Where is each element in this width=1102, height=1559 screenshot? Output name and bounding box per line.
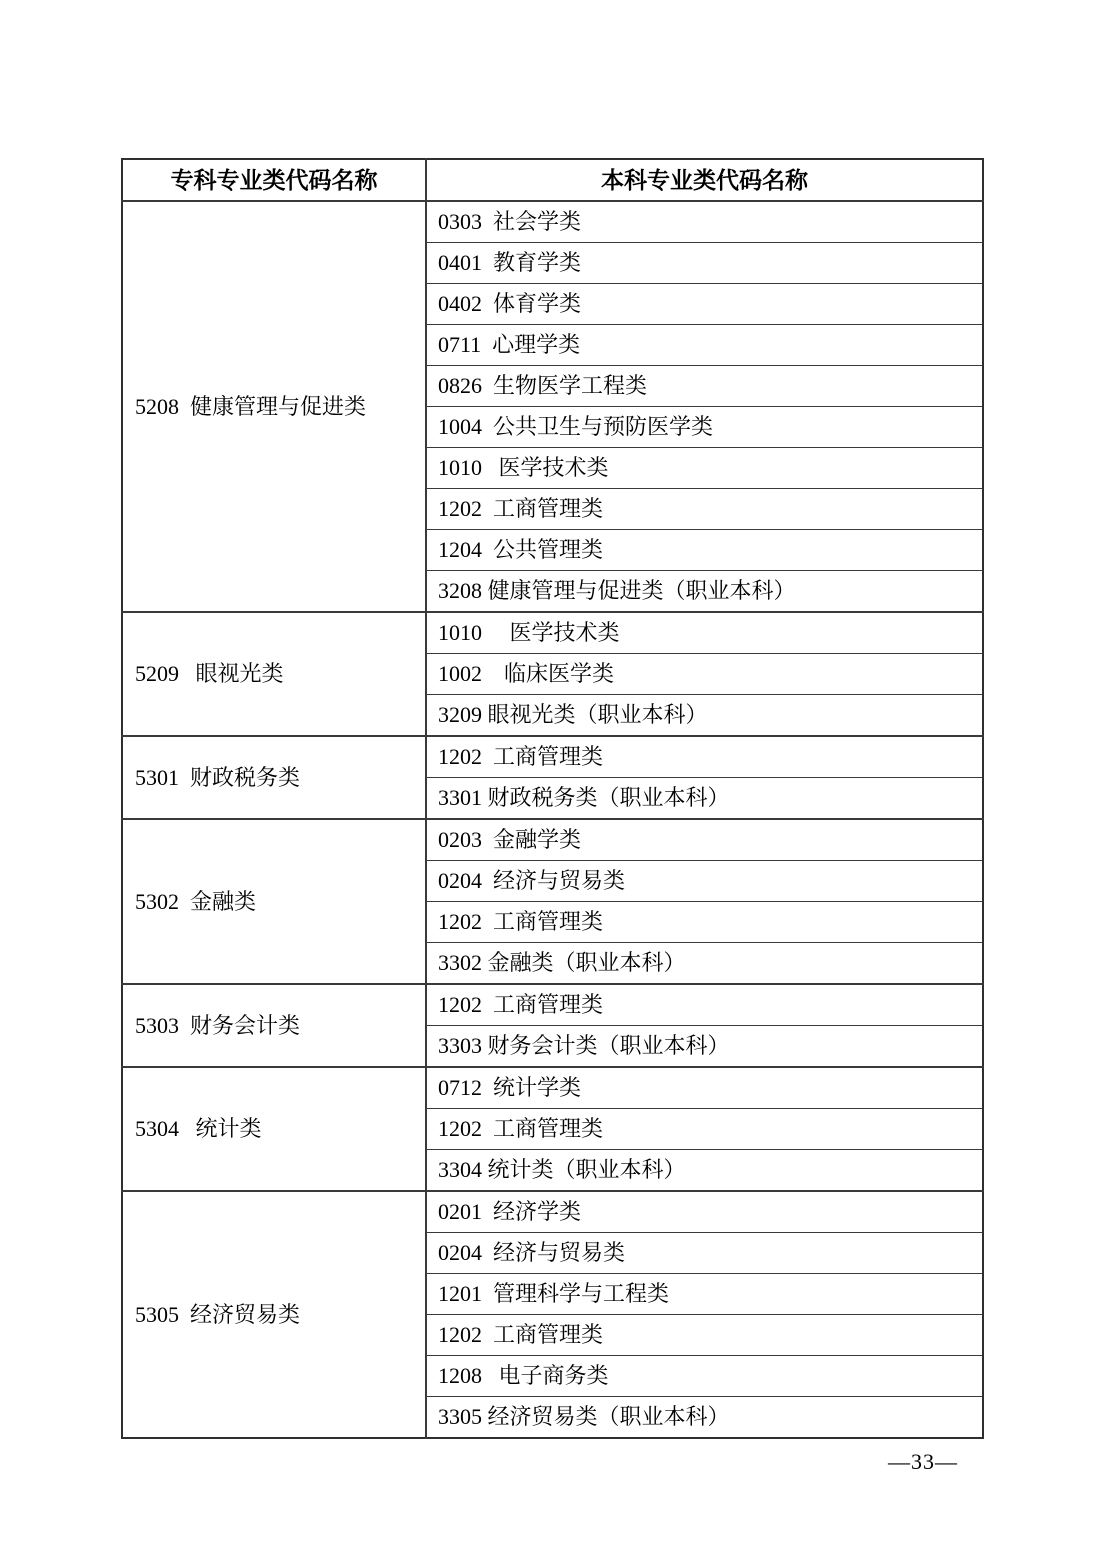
undergrad-major-cell: 0303 社会学类 — [426, 201, 983, 243]
college-col-header: 专科专业类代码名称 — [122, 159, 426, 201]
document-page: 专科专业类代码名称 本科专业类代码名称 5208 健康管理与促进类 0303 社… — [0, 0, 1102, 1559]
undergrad-major-cell: 0711 心理学类 — [426, 325, 983, 366]
college-major-group-cell: 5301 财政税务类 — [122, 736, 426, 819]
table-row: 5305 经济贸易类 0201 经济学类 — [122, 1191, 983, 1233]
undergrad-major-cell: 1202 工商管理类 — [426, 902, 983, 943]
undergrad-major-cell: 1202 工商管理类 — [426, 489, 983, 530]
college-major-group-cell: 5302 金融类 — [122, 819, 426, 984]
undergrad-major-cell: 1004 公共卫生与预防医学类 — [426, 407, 983, 448]
undergrad-major-cell: 1202 工商管理类 — [426, 984, 983, 1026]
college-major-group-cell: 5208 健康管理与促进类 — [122, 201, 426, 612]
undergrad-major-cell: 3208 健康管理与促进类（职业本科） — [426, 571, 983, 613]
undergrad-major-cell: 1202 工商管理类 — [426, 1109, 983, 1150]
undergrad-major-cell: 1204 公共管理类 — [426, 530, 983, 571]
undergrad-major-cell: 0826 生物医学工程类 — [426, 366, 983, 407]
college-major-group-cell: 5209 眼视光类 — [122, 612, 426, 736]
college-major-group-cell: 5305 经济贸易类 — [122, 1191, 426, 1438]
college-major-group-cell: 5303 财务会计类 — [122, 984, 426, 1067]
college-major-group-cell: 5304 统计类 — [122, 1067, 426, 1191]
undergrad-major-cell: 1208 电子商务类 — [426, 1356, 983, 1397]
undergrad-major-cell: 1002 临床医学类 — [426, 654, 983, 695]
table-row: 5208 健康管理与促进类 0303 社会学类 — [122, 201, 983, 243]
undergrad-major-cell: 3305 经济贸易类（职业本科） — [426, 1397, 983, 1439]
undergrad-major-cell: 1010 医学技术类 — [426, 612, 983, 654]
undergrad-major-cell: 0204 经济与贸易类 — [426, 1233, 983, 1274]
undergrad-major-cell: 1010 医学技术类 — [426, 448, 983, 489]
undergrad-major-cell: 3304 统计类（职业本科） — [426, 1150, 983, 1192]
undergrad-major-cell: 1202 工商管理类 — [426, 736, 983, 778]
undergrad-major-cell: 1201 管理科学与工程类 — [426, 1274, 983, 1315]
undergrad-major-cell: 0402 体育学类 — [426, 284, 983, 325]
page-number: —33— — [888, 1449, 958, 1475]
undergrad-major-cell: 0401 教育学类 — [426, 243, 983, 284]
table-row: 5302 金融类 0203 金融学类 — [122, 819, 983, 861]
major-mapping-table: 专科专业类代码名称 本科专业类代码名称 5208 健康管理与促进类 0303 社… — [121, 158, 984, 1439]
undergrad-major-cell: 3209 眼视光类（职业本科） — [426, 695, 983, 737]
table-row: 5304 统计类 0712 统计学类 — [122, 1067, 983, 1109]
table-header-row: 专科专业类代码名称 本科专业类代码名称 — [122, 159, 983, 201]
undergrad-major-cell: 0201 经济学类 — [426, 1191, 983, 1233]
undergrad-major-cell: 0204 经济与贸易类 — [426, 861, 983, 902]
table-row: 5301 财政税务类 1202 工商管理类 — [122, 736, 983, 778]
undergrad-major-cell: 3302 金融类（职业本科） — [426, 943, 983, 985]
undergrad-col-header: 本科专业类代码名称 — [426, 159, 983, 201]
undergrad-major-cell: 0203 金融学类 — [426, 819, 983, 861]
undergrad-major-cell: 0712 统计学类 — [426, 1067, 983, 1109]
undergrad-major-cell: 3301 财政税务类（职业本科） — [426, 778, 983, 820]
table-row: 5209 眼视光类 1010 医学技术类 — [122, 612, 983, 654]
undergrad-major-cell: 1202 工商管理类 — [426, 1315, 983, 1356]
table-row: 5303 财务会计类 1202 工商管理类 — [122, 984, 983, 1026]
undergrad-major-cell: 3303 财务会计类（职业本科） — [426, 1026, 983, 1068]
